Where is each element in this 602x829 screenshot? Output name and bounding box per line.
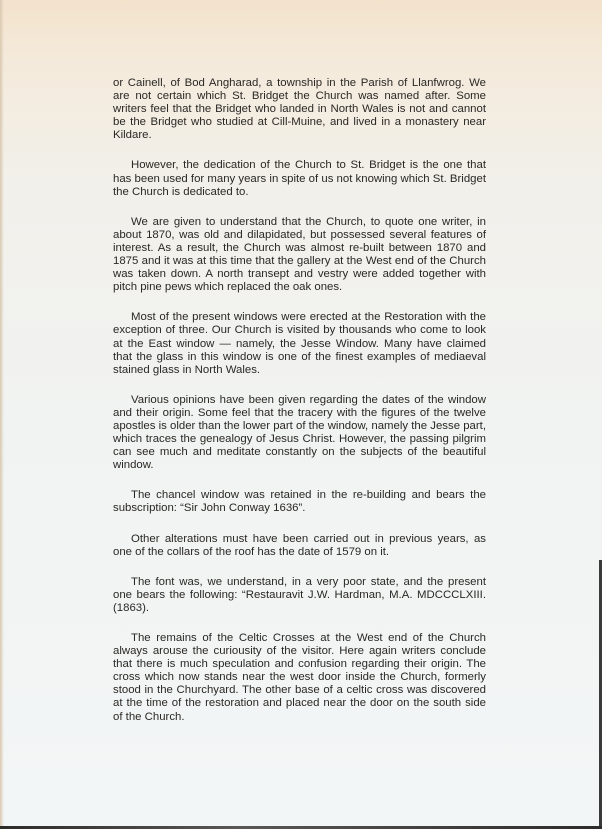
- page-edge-left: [0, 0, 4, 829]
- paragraph-rebuilding: We are given to understand that the Chur…: [113, 216, 486, 295]
- paragraph-windows: Most of the present windows were erected…: [113, 311, 486, 376]
- paragraph-font: The font was, we understand, in a very p…: [113, 576, 486, 615]
- paragraph-celtic-crosses: The remains of the Celtic Crosses at the…: [113, 632, 486, 724]
- paragraph-alterations: Other alterations must have been carried…: [113, 533, 486, 559]
- document-body: or Cainell, of Bod Angharad, a township …: [113, 77, 486, 741]
- paragraph-chancel-window: The chancel window was retained in the r…: [113, 489, 486, 515]
- paragraph-bridget-origin: or Cainell, of Bod Angharad, a township …: [113, 77, 486, 142]
- paragraph-window-dates: Various opinions have been given regardi…: [113, 394, 486, 473]
- paragraph-dedication: However, the dedication of the Church to…: [113, 159, 486, 198]
